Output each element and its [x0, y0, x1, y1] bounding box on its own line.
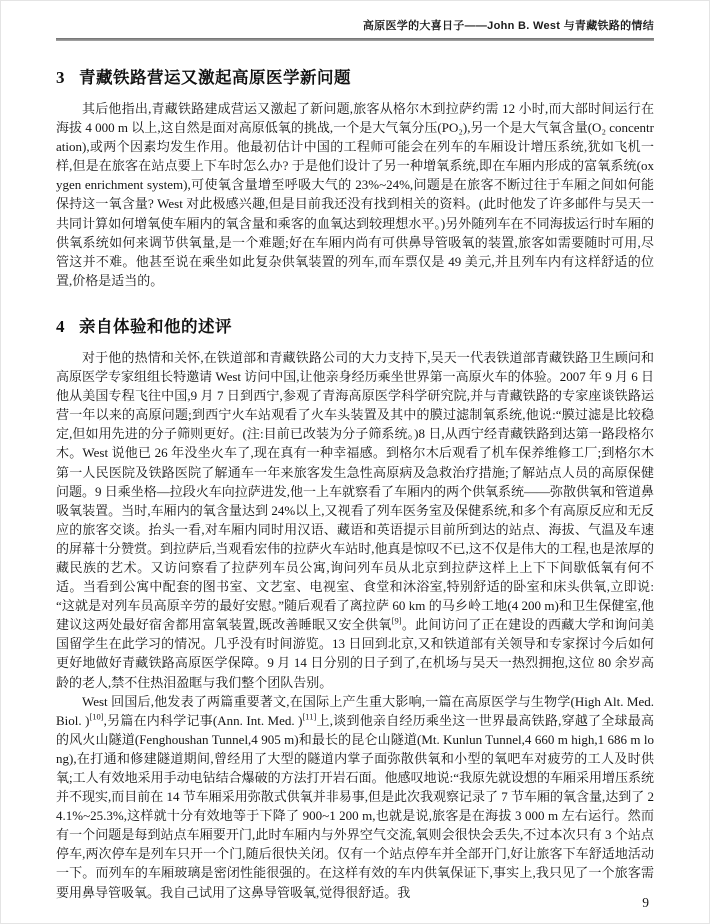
section-3-number: 3 — [56, 68, 65, 88]
section-4-body: 对于他的热情和关怀,在铁道部和青藏铁路公司的大力支持下,吴天一代表铁道部青藏铁路… — [56, 348, 654, 902]
page-number: 9 — [642, 895, 649, 911]
running-header: 高原医学的大喜日子——John B. West 与青藏铁路的情结 — [56, 1, 654, 33]
section-3-heading: 3青藏铁路营运又激起高原医学新问题 — [56, 64, 654, 88]
header-rule — [56, 38, 654, 41]
section-4-title: 亲自体验和他的述评 — [79, 318, 232, 336]
paragraph: West 回国后,他发表了两篇重要著文,在国际上产生重大影响,一篇在高原医学与生… — [56, 692, 654, 902]
section-4-heading: 4亲自体验和他的述评 — [56, 313, 654, 337]
section-3-body: 其后他指出,青藏铁路建成营运又激起了新问题,旅客从格尔木到拉萨约需 12 小时,… — [56, 99, 654, 290]
paragraph: 其后他指出,青藏铁路建成营运又激起了新问题,旅客从格尔木到拉萨约需 12 小时,… — [56, 99, 654, 290]
paragraph: 对于他的热情和关怀,在铁道部和青藏铁路公司的大力支持下,吴天一代表铁道部青藏铁路… — [56, 348, 654, 692]
book-page: 高原医学的大喜日子——John B. West 与青藏铁路的情结 3青藏铁路营运… — [0, 0, 710, 924]
section-3-title: 青藏铁路营运又激起高原医学新问题 — [79, 69, 351, 87]
section-4-number: 4 — [56, 317, 65, 337]
